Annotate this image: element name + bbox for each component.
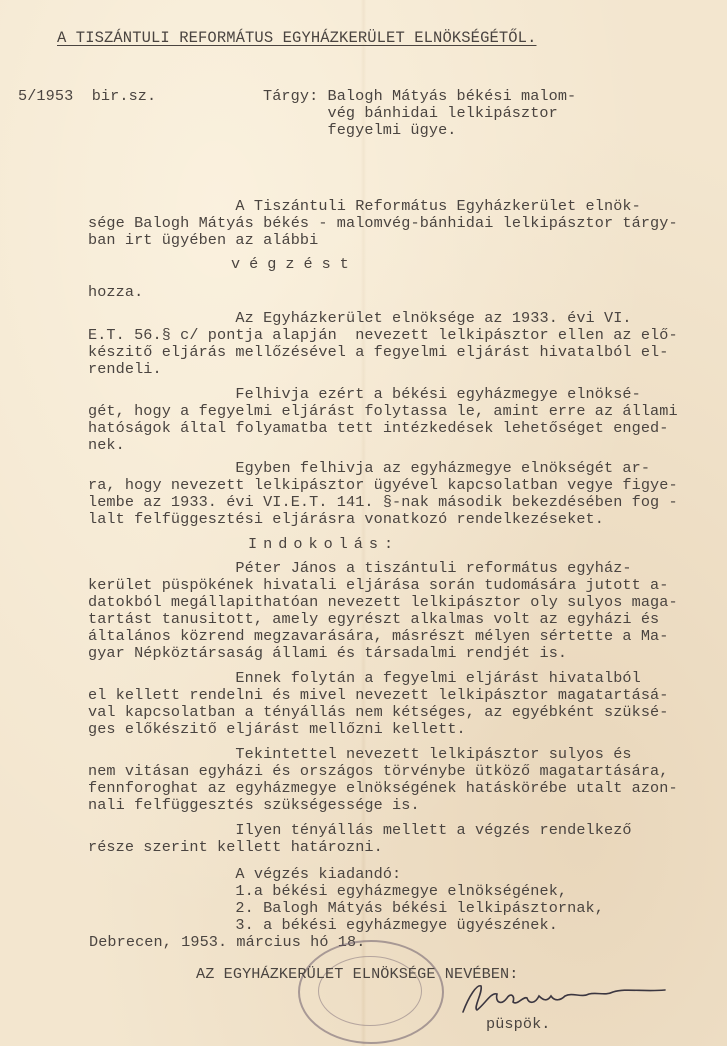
text-line: lalt felfüggesztési eljárásra vonatkozó … [88,510,604,528]
text-line: Felhivja ezért a békési egyházmegye elnö… [88,385,641,403]
list-item: 2. Balogh Mátyás békési lelkipásztornak, [88,899,604,917]
signature-icon [455,978,685,1018]
text-line: ges előkészitő eljárást mellőzni kellett… [88,720,466,738]
text-line: Egyben felhivja az egyházmegye elnökségé… [88,459,650,477]
text-line: nem vitásan egyházi és országos törvényb… [88,762,668,780]
decision-word: végzést [231,256,358,273]
text-line: ban irt ügyében az alábbi [88,231,318,249]
reasoning-title: Indokolás: [248,536,399,553]
text-line: Ilyen tényállás mellett a végzés rendelk… [88,821,632,839]
paragraph-1: Az Egyházkerület elnöksége az 1933. évi … [88,310,678,378]
subject-line: Tárgy: Balogh Mátyás békési malom- [263,87,576,105]
text-line: általános közrend megzavarására, másrész… [88,627,668,645]
paragraph-3: Egyben felhivja az egyházmegye elnökségé… [88,460,678,528]
text-line: el kellett rendelni és mivel nevezett le… [88,686,668,704]
text-line: része szerint kellett határozni. [88,838,383,856]
distribution-list: A végzés kiadandó: 1.a békési egyházmegy… [88,866,604,934]
paragraph-2: Felhivja ezért a békési egyházmegye elnö… [88,386,678,454]
subject-block: Tárgy: Balogh Mátyás békési malom- vég b… [263,88,576,139]
list-item: 3. a békési egyházmegye ügyészének. [88,916,558,934]
paragraph-7: Ilyen tényállás mellett a végzés rendelk… [88,822,632,856]
place-date: Debrecen, 1953. március hó 18. [89,934,365,951]
text-line: készitő eljárás mellőzésével a fegyelmi … [88,343,668,361]
paragraph-6: Tekintettel nevezett lelkipásztor sulyos… [88,746,678,814]
text-line: Az Egyházkerület elnöksége az 1933. évi … [88,309,632,327]
text-line: lembe az 1933. évi VI.E.T. 141. §-nak má… [88,493,678,511]
text-line: Tekintettel nevezett lelkipásztor sulyos… [88,745,632,763]
text-line: ra, hogy nevezett lelkipásztor ügyével k… [88,476,678,494]
text-line: gyar Népköztársaság állami és társadalmi… [88,644,567,662]
text-line: kerület püspökének hivatali eljárása sor… [88,576,668,594]
paragraph-4: Péter János a tiszántuli református egyh… [88,560,678,662]
text-line: A végzés kiadandó: [88,865,401,883]
hozza-text: hozza. [88,284,143,301]
text-line: val kapcsolatban a tényállás nem kétsége… [88,703,668,721]
text-line: sége Balogh Mátyás békés - malomvég-bánh… [88,214,678,232]
text-line: nek. [88,436,125,454]
text-line: Péter János a tiszántuli református egyh… [88,559,632,577]
text-line: A Tiszántuli Református Egyházkerület el… [88,197,641,215]
intro-paragraph: A Tiszántuli Református Egyházkerület el… [88,198,678,249]
reference-number: 5/1953 bir.sz. [18,88,156,105]
text-line: datokból megállapithatóan nevezett lelki… [88,593,678,611]
text-line: rendeli. [88,360,162,378]
subject-line: fegyelmi ügye. [263,121,457,139]
text-line: tartást tanusitott, amely egyrészt alkal… [88,610,659,628]
signer-title: püspök. [486,1016,551,1033]
text-line: gét, hogy a fegyelmi eljárást folytassa … [88,402,678,420]
text-line: fennforoghat az egyházmegye elnökségének… [88,779,678,797]
subject-line: vég bánhidai lelkipásztor [263,104,558,122]
text-line: Ennek folytán a fegyelmi eljárást hivata… [88,669,641,687]
list-item: 1.a békési egyházmegye elnökségének, [88,882,567,900]
document-heading: A TISZÁNTULI REFORMÁTUS EGYHÁZKERÜLET EL… [57,30,536,47]
text-line: nali felfüggesztés szükségessége is. [88,796,420,814]
official-seal-icon [298,940,444,1044]
text-line: E.T. 56.§ c/ pontja alapján nevezett lel… [88,326,678,344]
paragraph-5: Ennek folytán a fegyelmi eljárást hivata… [88,670,668,738]
text-line: hatóságok által folyamatba tett intézked… [88,419,668,437]
